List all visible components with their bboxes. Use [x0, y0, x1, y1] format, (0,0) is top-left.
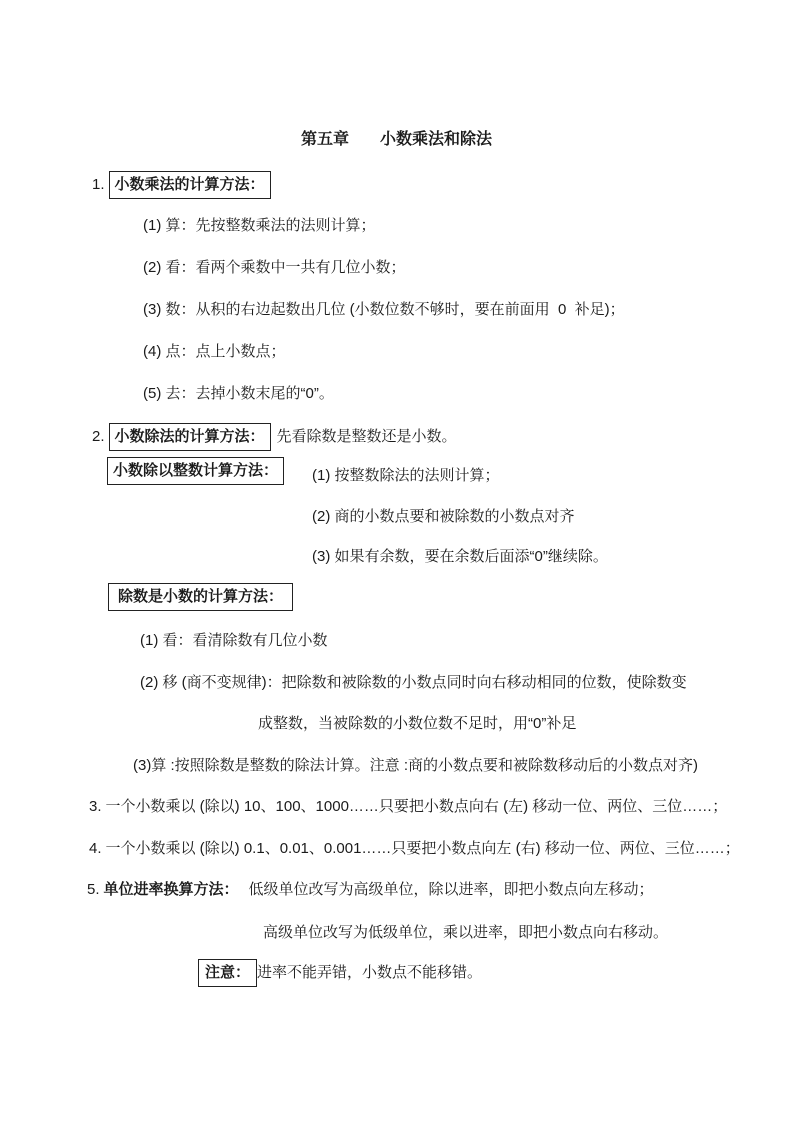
section5-heading: 单位进率换算方法： — [104, 880, 239, 900]
integer-divisor-heading-row: 小数除以整数计算方法： — [107, 457, 284, 485]
decimal-divisor-step: (3)算 :按照除数是整数的除法计算。注意 :商的小数点要和被除数移动后的小数点… — [133, 756, 698, 776]
decimal-divisor-step-continuation: 成整数，当被除数的小数位数不足时，用“0”补足 — [258, 714, 576, 734]
decimal-divisor-step: (1) 看：看清除数有几位小数 — [140, 631, 328, 651]
section3-row: 3. 一个小数乘以 (除以) 10、100、1000……只要把小数点向右 (左)… — [89, 797, 727, 817]
decimal-divisor-heading-row: 除数是小数的计算方法： — [108, 583, 293, 611]
section1-heading: 小数乘法的计算方法： — [109, 171, 271, 199]
integer-divisor-step: (1) 按整数除法的法则计算； — [312, 466, 500, 486]
section2-number: 2. — [92, 427, 105, 447]
integer-divisor-heading: 小数除以整数计算方法： — [107, 457, 284, 485]
section1-step: (3) 数：从积的右边起数出几位 (小数位数不够时，要在前面用 0 补足)； — [143, 300, 625, 320]
section5-number: 5. — [87, 880, 100, 900]
section1-heading-row: 1. 小数乘法的计算方法： — [92, 171, 271, 199]
note-label: 注意： — [198, 959, 257, 987]
document-page: 第五章小数乘法和除法 1. 小数乘法的计算方法： (1) 算：先按整数乘法的法则… — [0, 0, 793, 1122]
section3-number: 3. — [89, 797, 102, 817]
chapter-label: 第五章 — [301, 131, 349, 148]
page-title: 第五章小数乘法和除法 — [0, 130, 793, 150]
section5-line2: 高级单位改写为低级单位，乘以进率，即把小数点向右移动。 — [263, 923, 668, 943]
decimal-divisor-step: (2) 移 (商不变规律)：把除数和被除数的小数点同时向右移动相同的位数，使除数… — [140, 673, 687, 693]
section1-number: 1. — [92, 175, 105, 195]
section1-step: (2) 看：看两个乘数中一共有几位小数； — [143, 258, 406, 278]
section3-text: 一个小数乘以 (除以) 10、100、1000……只要把小数点向右 (左) 移动… — [106, 797, 728, 817]
note-text: 进率不能弄错，小数点不能移错。 — [257, 963, 482, 983]
section1-step: (4) 点：点上小数点； — [143, 342, 286, 362]
section5-row: 5. 单位进率换算方法： 低级单位改写为高级单位，除以进率，即把小数点向左移动； — [87, 880, 654, 900]
section5-line1: 低级单位改写为高级单位，除以进率，即把小数点向左移动； — [249, 880, 654, 900]
section2-heading-row: 2. 小数除法的计算方法： 先看除数是整数还是小数。 — [92, 423, 457, 451]
note-row: 注意： 进率不能弄错，小数点不能移错。 — [198, 959, 482, 987]
section2-lead: 先看除数是整数还是小数。 — [277, 427, 457, 447]
section2-heading: 小数除法的计算方法： — [109, 423, 271, 451]
section1-step: (5) 去：去掉小数末尾的“0”。 — [143, 384, 334, 404]
section4-row: 4. 一个小数乘以 (除以) 0.1、0.01、0.001……只要把小数点向左 … — [89, 839, 740, 859]
chapter-title: 小数乘法和除法 — [380, 131, 492, 148]
integer-divisor-step: (2) 商的小数点要和被除数的小数点对齐 — [312, 507, 575, 527]
section1-step: (1) 算：先按整数乘法的法则计算； — [143, 216, 376, 236]
decimal-divisor-heading: 除数是小数的计算方法： — [108, 583, 293, 611]
section4-number: 4. — [89, 839, 102, 859]
integer-divisor-step: (3) 如果有余数，要在余数后面添“0”继续除。 — [312, 547, 608, 567]
section4-text: 一个小数乘以 (除以) 0.1、0.01、0.001……只要把小数点向左 (右)… — [106, 839, 740, 859]
